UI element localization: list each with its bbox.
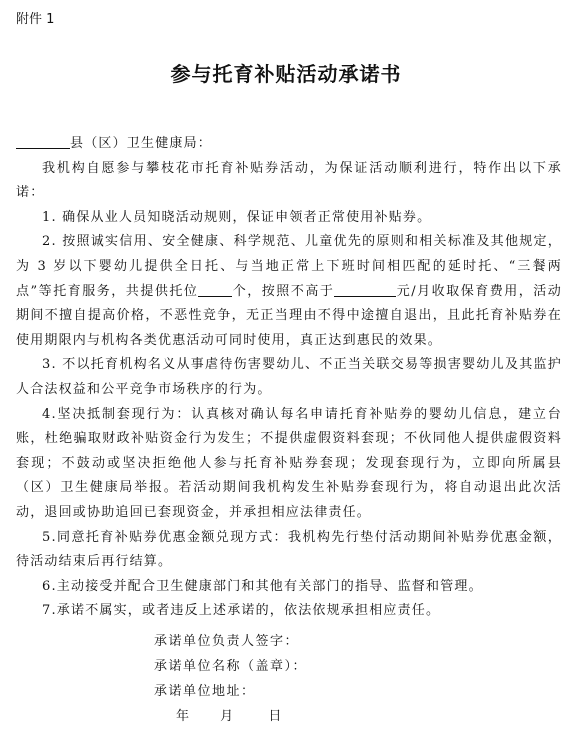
document-body: 县（区）卫生健康局： 我机构自愿参与攀枝花市托育补贴券活动，为保证活动顺利进行，…: [16, 132, 562, 624]
slots-blank[interactable]: [198, 282, 232, 297]
day-label: 日: [268, 704, 283, 729]
unit-address-line: 承诺单位地址：: [154, 679, 307, 704]
fee-blank[interactable]: [334, 282, 396, 297]
county-blank[interactable]: [16, 134, 70, 149]
item-6: 6.主动接受并配合卫生健康部门和其他有关部门的指导、监督和管理。: [16, 575, 562, 600]
item-2: 2. 按照诚实信用、安全健康、科学规范、儿童优先的原则和相关标准及其他规定，为 …: [16, 230, 562, 353]
signature-block: 承诺单位负责人签字： 承诺单位名称（盖章）： 承诺单位地址： 年 月 日: [154, 629, 307, 729]
item-2-text-b: 个，按照不高于: [232, 284, 334, 299]
signer-line: 承诺单位负责人签字：: [154, 629, 307, 654]
item-5: 5.同意托育补贴券优惠金额兑现方式：我机构先行垫付活动期间补贴券优惠金额，待活动…: [16, 526, 562, 575]
item-3: 3. 不以托育机构名义从事虐待伤害婴幼儿、不正当关联交易等损害婴幼儿及其监护人合…: [16, 353, 562, 402]
item-1: 1. 确保从业人员知晓活动规则，保证申领者正常使用补贴券。: [16, 206, 562, 231]
item-4: 4.坚决抵制套现行为：认真核对确认每名申请托育补贴券的婴幼儿信息，建立台账，杜绝…: [16, 403, 562, 526]
item-7: 7.承诺不属实，或者违反上述承诺的，依法依规承担相应责任。: [16, 599, 562, 624]
attachment-label: 附件 1: [16, 8, 54, 27]
intro-paragraph: 我机构自愿参与攀枝花市托育补贴券活动，为保证活动顺利进行，特作出以下承诺：: [16, 157, 562, 206]
year-label: 年: [176, 704, 191, 729]
document-title: 参与托育补贴活动承诺书: [0, 58, 572, 87]
date-line: 年 月 日: [154, 704, 307, 729]
unit-name-line: 承诺单位名称（盖章）：: [154, 654, 307, 679]
addressee: 县（区）卫生健康局：: [16, 132, 562, 157]
month-label: 月: [220, 704, 235, 729]
addressee-text: 县（区）卫生健康局：: [70, 136, 212, 151]
